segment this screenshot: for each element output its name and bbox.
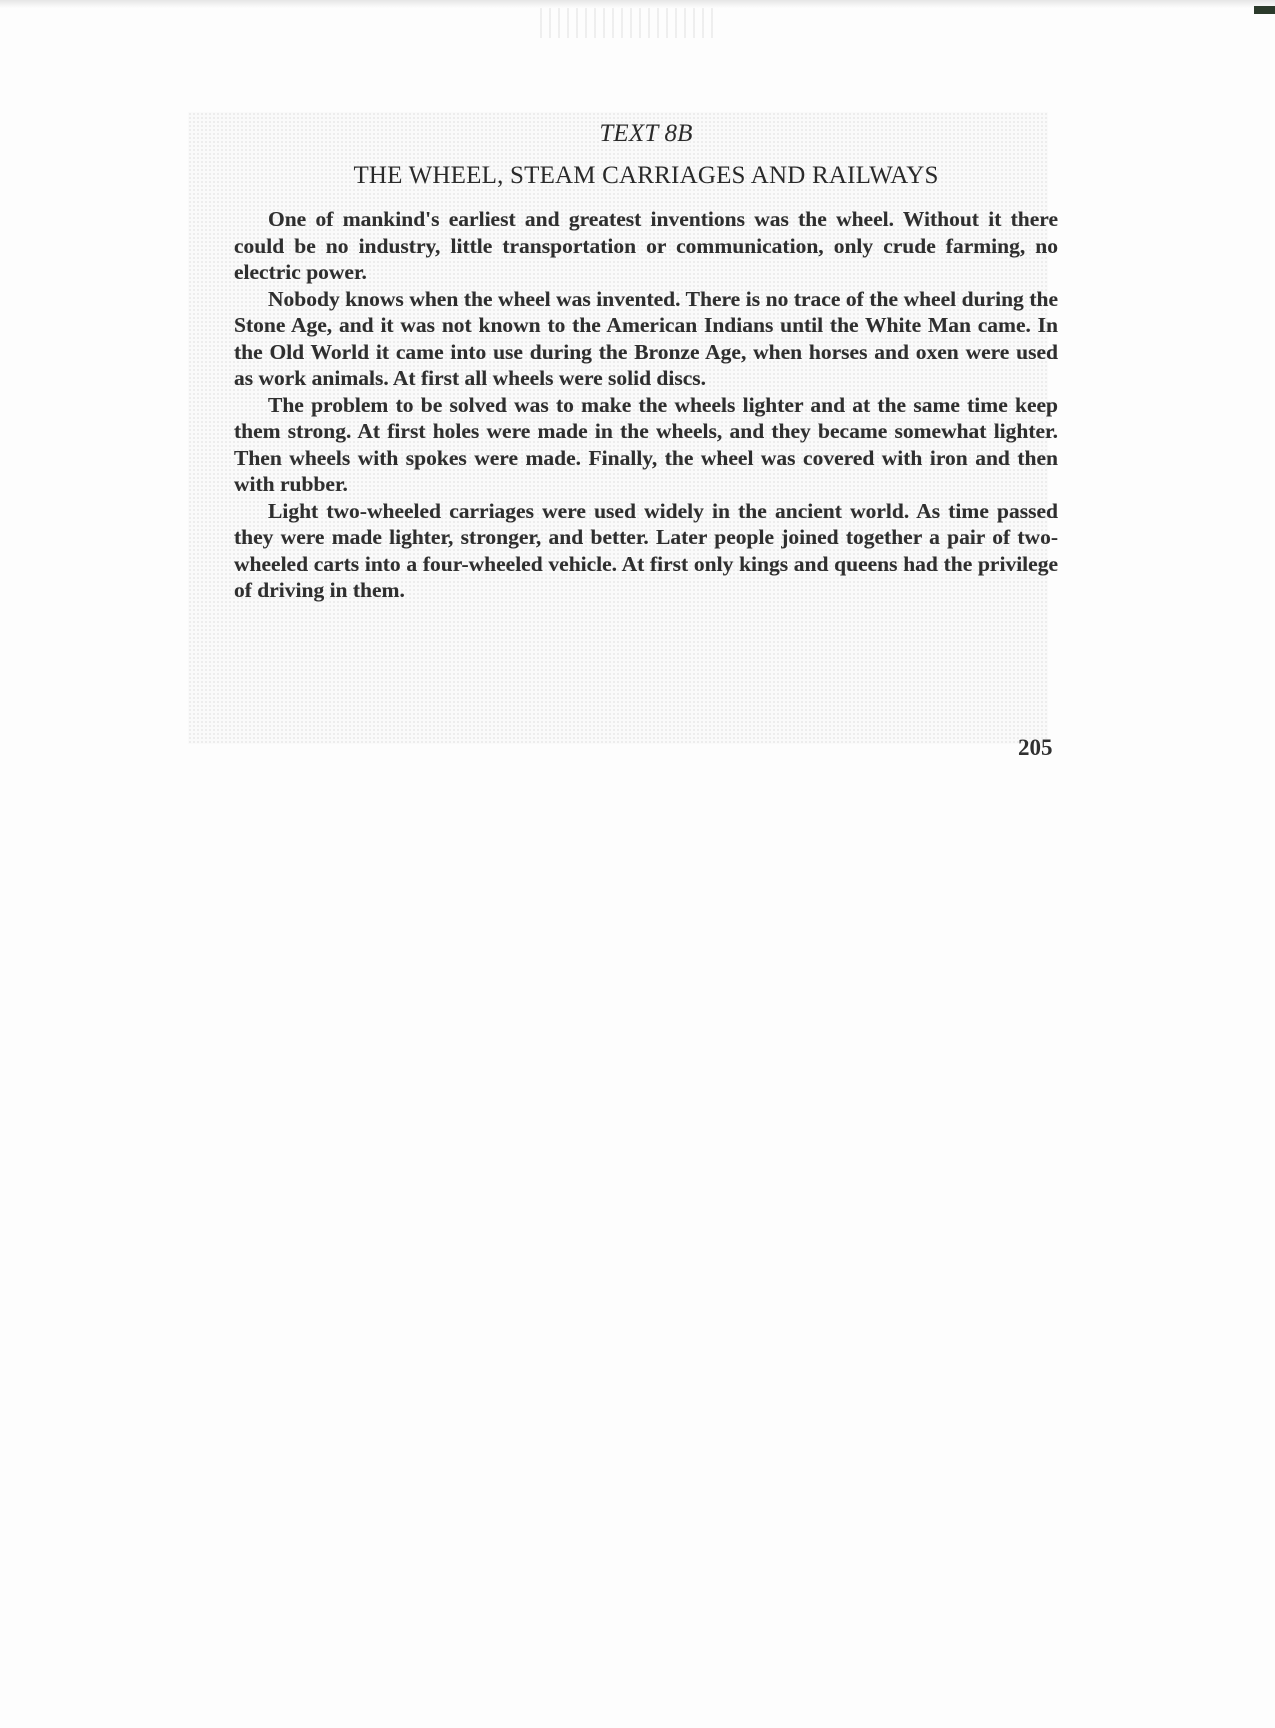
scan-edge-shadow bbox=[0, 0, 1275, 8]
scan-corner-mark bbox=[1254, 6, 1275, 14]
page-content: TEXT 8B THE WHEEL, STEAM CARRIAGES AND R… bbox=[234, 118, 1058, 604]
paragraph: The problem to be solved was to make the… bbox=[234, 392, 1058, 498]
page-title: THE WHEEL, STEAM CARRIAGES AND RAILWAYS bbox=[234, 160, 1058, 192]
paragraph: One of mankind's earliest and greatest i… bbox=[234, 206, 1058, 286]
paragraph: Nobody knows when the wheel was invented… bbox=[234, 286, 1058, 392]
text-label: TEXT 8B bbox=[234, 118, 1058, 150]
paragraph: Light two-wheeled carriages were used wi… bbox=[234, 498, 1058, 604]
scan-bleed-marks bbox=[540, 8, 720, 38]
page-number: 205 bbox=[1018, 735, 1053, 761]
